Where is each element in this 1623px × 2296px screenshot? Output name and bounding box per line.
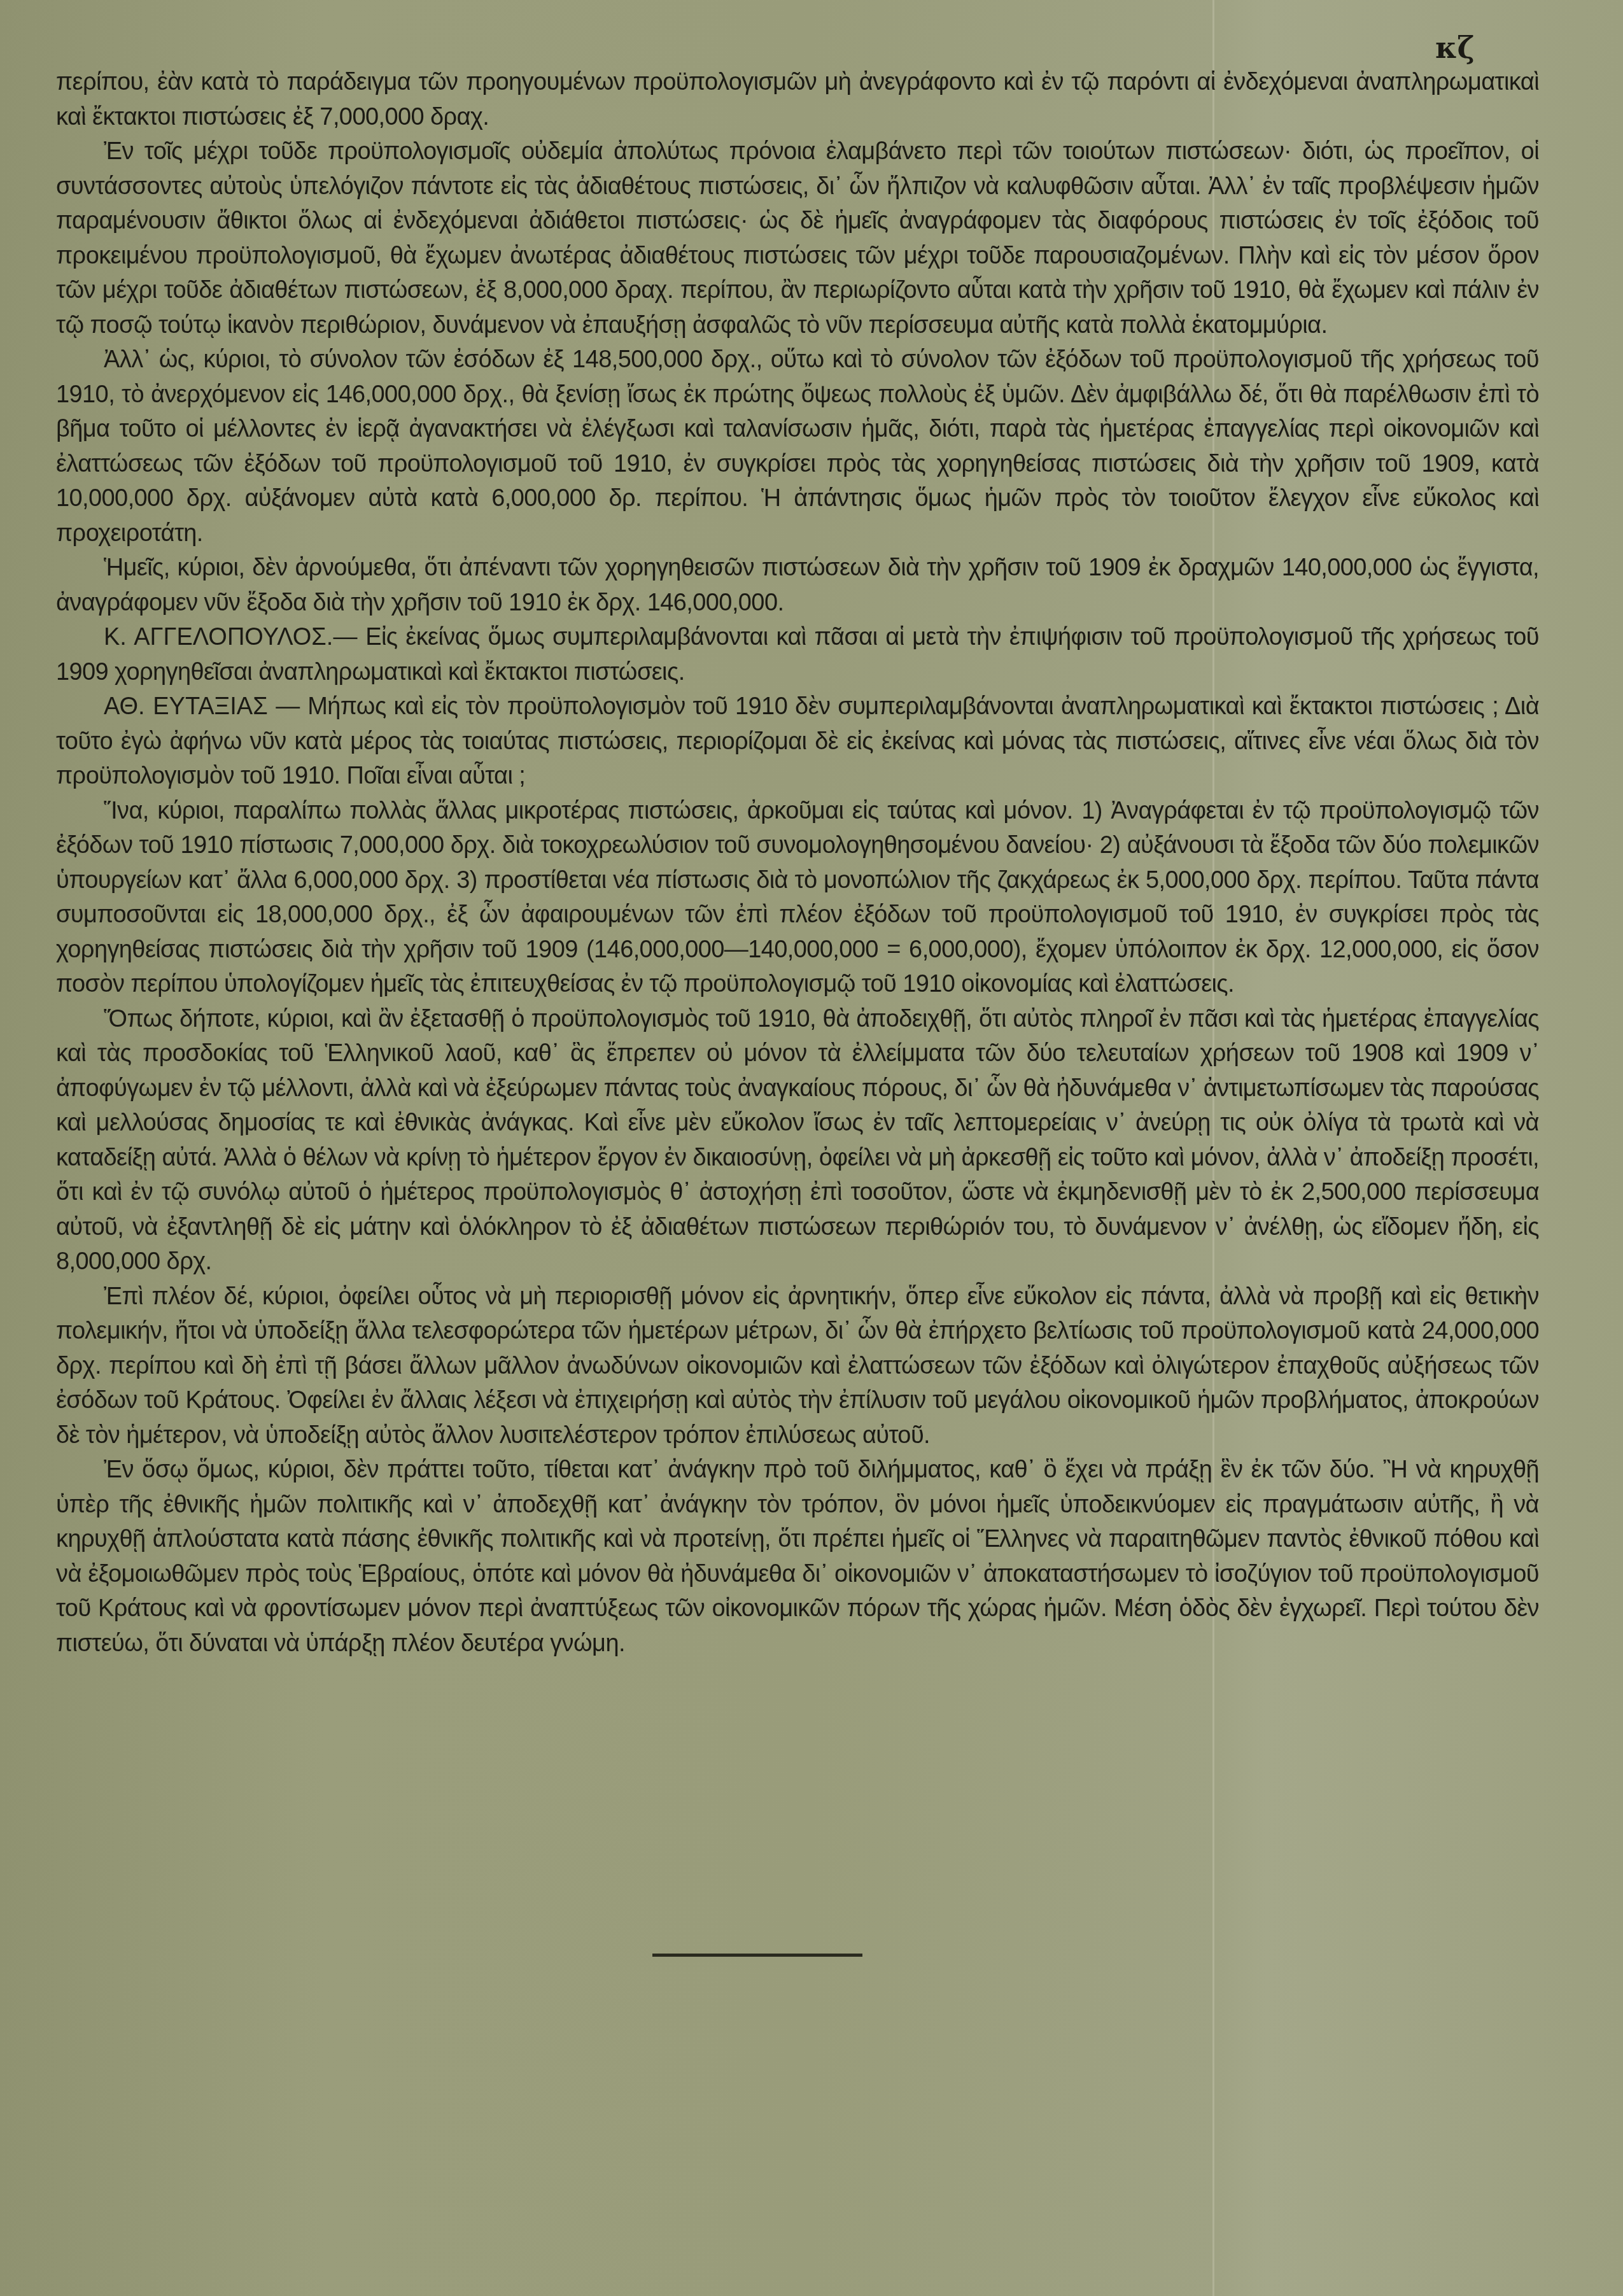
paragraph-budget-evaluation: Ὅπως δήποτε, κύριοι, καὶ ἂν ἐξετασθῇ ὁ π… [56,1002,1539,1279]
paragraph-unspent-credits: Ἐν τοῖς μέχρι τοῦδε προϋπολογισμοῖς οὐδε… [56,134,1539,342]
paragraph-comparison-1909: Ἡμεῖς, κύριοι, δὲν ἀρνούμεθα, ὅτι ἀπέναν… [56,551,1539,620]
paragraph-dilemma: Ἐν ὅσῳ ὅμως, κύριοι, δὲν πράττει τοῦτο, … [56,1453,1539,1661]
paragraph-new-credits-list: Ἵνα, κύριοι, παραλίπω πολλὰς ἄλλας μικρο… [56,794,1539,1002]
paragraph-text: Ἡμεῖς, κύριοι, δὲν ἀρνούμεθα, ὅτι ἀπέναν… [56,554,1539,616]
paragraph-text: Ἵνα, κύριοι, παραλίπω πολλὰς ἄλλας μικρο… [56,798,1539,998]
speaker-name: Κ. ΑΓΓΕΛΟΠΟΥΛΟΣ.— [104,624,357,651]
paragraph-total-expenses: Ἀλλ᾽ ὡς, κύριοι, τὸ σύνολον τῶν ἐσόδων ἐ… [56,342,1539,551]
paragraph-text: Ἐν τοῖς μέχρι τοῦδε προϋπολογισμοῖς οὐδε… [56,138,1539,339]
paragraph-eftaxias-reply: ΑΘ. ΕΥΤΑΞΙΑΣ — Μήπως καὶ εἰς τὸν προϋπολ… [56,689,1539,794]
speaker-name: ΑΘ. ΕΥΤΑΞΙΑΣ — [104,693,300,720]
paragraph-text: Ὅπως δήποτε, κύριοι, καὶ ἂν ἐξετασθῇ ὁ π… [56,1006,1539,1276]
paragraph-angelopoulos-remark: Κ. ΑΓΓΕΛΟΠΟΥΛΟΣ.— Εἰς ἐκείνας ὅμως συμπε… [56,620,1539,689]
paragraph-text: Ἐπὶ πλέον δέ, κύριοι, ὀφείλει οὗτος νὰ μ… [56,1283,1539,1449]
paragraph-continuation: περίπου, ἐὰν κατὰ τὸ παράδειγμα τῶν προη… [56,65,1539,134]
paragraph-positive-critique: Ἐπὶ πλέον δέ, κύριοι, ὀφείλει οὗτος νὰ μ… [56,1279,1539,1453]
paragraph-text: περίπου, ἐὰν κατὰ τὸ παράδειγμα τῶν προη… [56,69,1539,130]
document-body: περίπου, ἐὰν κατὰ τὸ παράδειγμα τῶν προη… [56,65,1539,1661]
section-end-rule [652,1954,862,1957]
page-number: κζ [1435,31,1475,65]
paragraph-text: Ἐν ὅσῳ ὅμως, κύριοι, δὲν πράττει τοῦτο, … [56,1456,1539,1657]
paragraph-text: Ἀλλ᾽ ὡς, κύριοι, τὸ σύνολον τῶν ἐσόδων ἐ… [56,346,1539,547]
